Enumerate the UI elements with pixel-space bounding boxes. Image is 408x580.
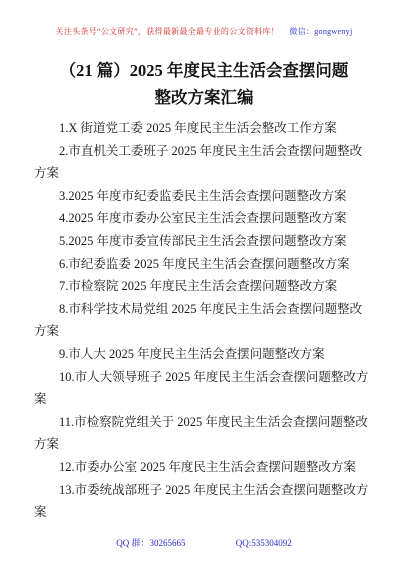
toc-item-10: 10.市人大领导班子 2025 年度民主生活会查摆问题整改方案: [34, 366, 374, 411]
document-title: （21 篇）2025 年度民主生活会查摆问题 整改方案汇编: [0, 0, 408, 111]
promo-text: 关注头条号“公文研究”，获得最新最全最专业的公文资料库！: [56, 27, 280, 36]
header-promo: 关注头条号“公文研究”，获得最新最全最专业的公文资料库！ 微信：gongweny…: [0, 26, 408, 37]
toc-item-8: 8.市科学技术局党组 2025 年度民主生活会查摆问题整改方案: [34, 298, 374, 343]
toc-item-6: 6.市纪委监委 2025 年度民主生活会查摆问题整改方案: [34, 253, 374, 276]
toc-item-11: 11.市检察院党组关于 2025 年度民主生活会查摆问题整改方案: [34, 411, 374, 456]
toc-item-1: 1.X 街道党工委 2025 年度民主生活会整改工作方案: [34, 117, 374, 140]
toc-item-7: 7.市检察院 2025 年度民主生活会查摆问题整改方案: [34, 275, 374, 298]
toc-item-12: 12.市委办公室 2025 年度民主生活会查摆问题整改方案: [34, 456, 374, 479]
title-line-1: （21 篇）2025 年度民主生活会查摆问题: [0, 58, 408, 85]
toc-item-5: 5.2025 年度市委宣传部民主生活会查摆问题整改方案: [34, 230, 374, 253]
toc-item-4: 4.2025 年度市委办公室民主生活会查摆问题整改方案: [34, 207, 374, 230]
title-line-2: 整改方案汇编: [0, 85, 408, 112]
wechat-contact: 微信：gongwenyj: [289, 27, 352, 36]
document-page: 关注头条号“公文研究”，获得最新最全最专业的公文资料库！ 微信：gongweny…: [0, 0, 408, 580]
qq-group-number: QQ 群：30265665: [116, 538, 185, 548]
toc-list: 1.X 街道党工委 2025 年度民主生活会整改工作方案 2.市直机关工委班子 …: [34, 117, 374, 524]
toc-item-9: 9.市人大 2025 年度民主生活会查摆问题整改方案: [34, 343, 374, 366]
footer-contact: QQ 群：30265665 QQ:535304092: [0, 536, 408, 549]
toc-item-13: 13.市委统战部班子 2025 年度民主生活会查摆问题整改方案: [34, 479, 374, 524]
toc-item-3: 3.2025 年度市纪委监委民主生活会查摆问题整改方案: [34, 185, 374, 208]
qq-number: QQ:535304092: [236, 538, 292, 548]
toc-item-2: 2.市直机关工委班子 2025 年度民主生活会查摆问题整改方案: [34, 140, 374, 185]
